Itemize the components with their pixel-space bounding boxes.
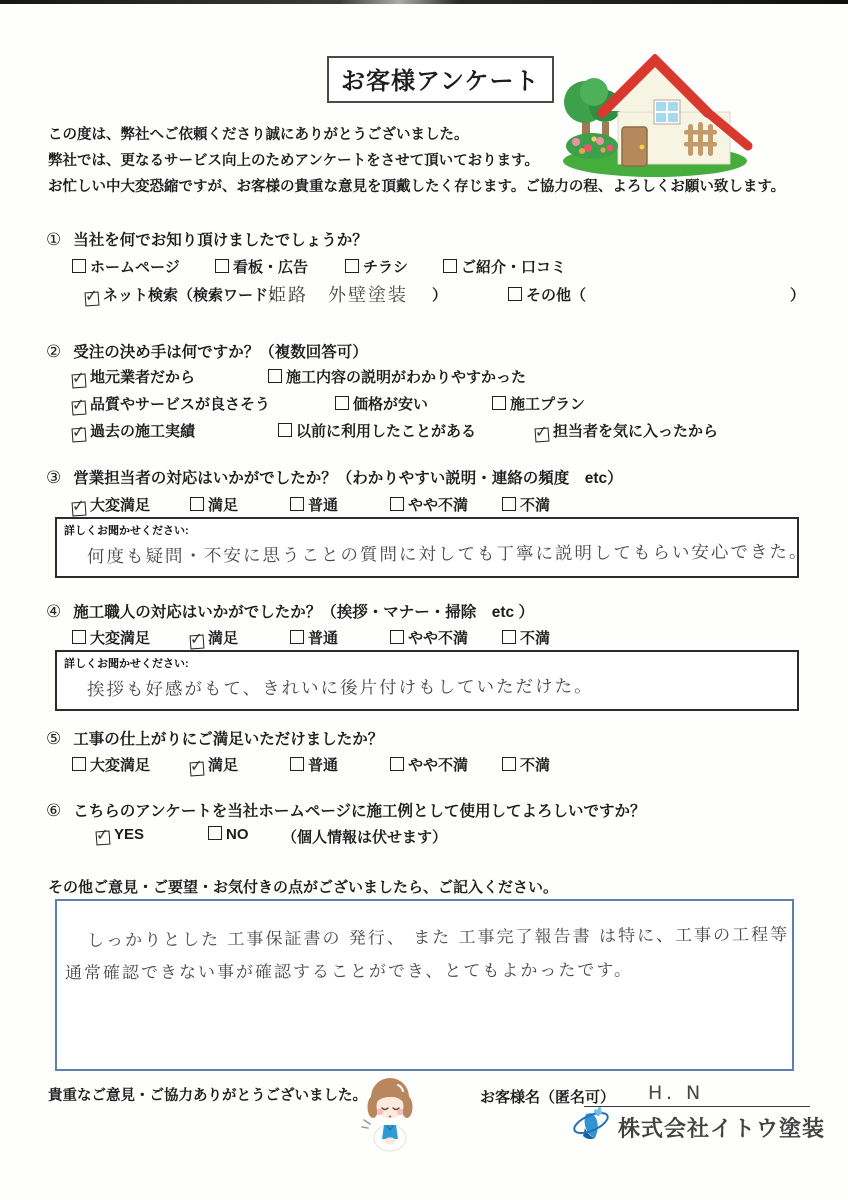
q2-number: ② [46,342,61,361]
q2-opt-quality[interactable]: ✓品質やサービスが良さそう [72,393,270,415]
q1-opt-net-search[interactable]: ✓ネット検索（検索ワード： [85,284,283,306]
page-title: お客様アンケート [327,56,554,103]
checkbox-q4-very-satisfied[interactable] [72,630,86,644]
checkbox-q4-somewhat-dissatisfied[interactable] [390,630,404,644]
checkbox-q4-neutral[interactable] [290,630,304,644]
q4-detail-handwriting: 挨拶も好感がもて、きれいに後片付けもしていただけた。 [57,668,797,710]
checkbox-q5-neutral[interactable] [290,757,304,771]
q1-opt-flyer[interactable]: チラシ [345,256,408,277]
q3-detail-prompt: 詳しくお聞かせください: [57,519,797,538]
scan-edge-artifact [0,0,848,4]
q1-opt-other[interactable]: その他（ [508,284,586,305]
q4-opt-satisfied-label: 満足 [208,630,238,647]
q5-opt-very-satisfied-label: 大変満足 [90,757,150,774]
q2-opt-price[interactable]: 価格が安い [335,393,428,414]
q5-opt-dissatisfied[interactable]: 不満 [502,754,550,775]
q3-opt-neutral-label: 普通 [308,497,338,514]
q3-opt-somewhat-dissatisfied[interactable]: やや不満 [390,494,468,515]
q6-title: こちらのアンケートを当社ホームページに施工例として使用してよろしいですか？ [73,803,645,820]
checkbox-past-results[interactable]: ✓ [72,428,87,443]
checkbox-flyer[interactable] [345,259,359,273]
q4-opt-very-satisfied-label: 大変満足 [90,630,150,647]
q2-opt-used-before[interactable]: 以前に利用したことがある [278,420,476,441]
customer-name-handwriting: H. N [648,1082,704,1104]
q4-opt-somewhat-dissatisfied[interactable]: やや不満 [390,627,468,648]
checkbox-q4-dissatisfied[interactable] [502,630,516,644]
checkbox-quality-service[interactable]: ✓ [72,401,87,416]
intro-line-3: お忙しい中大変恐縮ですが、お客様の貴重な意見を頂戴したく存じます。ご協力の程、よ… [48,174,785,200]
q4-opt-very-satisfied[interactable]: 大変満足 [72,627,150,648]
q2-opt-track-record[interactable]: ✓過去の施工実績 [72,420,195,442]
comments-handwriting-line1: しっかりとした 工事保証書の 発行、 また 工事完了報告書 は特に、工事の工程等 [87,920,789,951]
q5-opt-somewhat-dissatisfied-label: やや不満 [408,757,468,774]
q1-number: ① [46,230,61,249]
checkbox-homepage[interactable] [72,259,86,273]
checkbox-q3-satisfied[interactable] [190,497,204,511]
checkbox-q5-somewhat-dissatisfied[interactable] [390,757,404,771]
q1-opt-signboard-label: 看板・広告 [233,259,308,276]
q3-opt-neutral[interactable]: 普通 [290,494,338,515]
q1-opt-other-label: その他（ [526,287,586,304]
q2-opt-explanation[interactable]: 施工内容の説明がわかりやすかった [268,366,526,387]
checkbox-low-price[interactable] [335,396,349,410]
checkbox-yes[interactable]: ✓ [96,831,111,846]
q3-header: ③営業担当者の対応はいかがでしたか？（わかりやすい説明・連絡の頻度 etc） [46,466,623,488]
checkbox-signboard[interactable] [215,259,229,273]
q6-number: ⑥ [46,801,61,820]
q5-title: 工事の仕上がりにご満足いただけましたか？ [73,731,383,748]
q4-opt-dissatisfied-label: 不満 [520,630,550,647]
q6-opt-no-label: NO [226,826,249,843]
q3-detail-handwriting: 何度も疑問・不安に思うことの質問に対しても丁寧に説明してもらい安心できた。 [57,535,797,577]
intro-line-1: この度は、弊社へご依頼くださり誠にありがとうございました。 [48,122,785,148]
q2-opt-plan-label: 施工プラン [510,396,585,413]
q5-header: ⑤工事の仕上がりにご満足いただけましたか？ [46,727,383,749]
survey-page: お客様アンケート この度は、弊社へご依頼くださり誠にあ [0,0,848,1200]
q6-opt-yes-label: YES [114,826,144,843]
comments-box[interactable]: しっかりとした 工事保証書の 発行、 また 工事完了報告書 は特に、工事の工程等… [55,899,794,1071]
q3-opt-very-satisfied-label: 大変満足 [90,497,150,514]
q5-opt-dissatisfied-label: 不満 [520,757,550,774]
checkbox-referral[interactable] [443,259,457,273]
q2-header: ②受注の決め手は何ですか？（複数回答可） [46,340,368,362]
q4-detail-box[interactable]: 詳しくお聞かせください: 挨拶も好感がもて、きれいに後片付けもしていただけた。 [55,650,799,711]
q1-opt-homepage-label: ホームページ [90,259,180,276]
q6-privacy-note: （個人情報は伏せます） [282,826,447,847]
q2-opt-liked-rep[interactable]: ✓担当者を気に入ったから [535,420,718,442]
q4-title: 施工職人の対応はいかがでしたか？（挨拶・マナー・掃除 etc ） [73,604,534,621]
checkbox-net-search[interactable]: ✓ [85,292,100,307]
q1-opt-net-search-label: ネット検索（検索ワード： [103,287,283,304]
q5-opt-satisfied[interactable]: ✓満足 [190,754,238,776]
q1-header: ①当社を何でお知り頂けましたでしょうか？ [46,228,368,250]
q2-opt-local-label: 地元業者だから [90,369,195,386]
checkbox-q4-satisfied[interactable]: ✓ [190,635,205,650]
q4-opt-neutral[interactable]: 普通 [290,627,338,648]
q4-opt-somewhat-dissatisfied-label: やや不満 [408,630,468,647]
q5-number: ⑤ [46,729,61,748]
checkbox-q3-somewhat-dissatisfied[interactable] [390,497,404,511]
q1-opt-signboard[interactable]: 看板・広告 [215,256,308,277]
q2-opt-price-label: 価格が安い [353,396,428,413]
q6-opt-yes[interactable]: ✓YES [96,826,144,845]
q4-opt-satisfied[interactable]: ✓満足 [190,627,238,649]
q1-opt-referral-label: ご紹介・口コミ [461,259,566,276]
checkbox-clear-explanation[interactable] [268,369,282,383]
q3-opt-dissatisfied[interactable]: 不満 [502,494,550,515]
q1-search-words-handwriting[interactable]: 姫路 外壁塗装 [268,281,408,307]
q4-opt-neutral-label: 普通 [308,630,338,647]
q6-opt-no[interactable]: NO [208,826,249,843]
checkbox-q5-satisfied[interactable]: ✓ [190,762,205,777]
company-logo: 株式会社イトウ塗装 [570,1106,825,1148]
checkbox-q3-dissatisfied[interactable] [502,497,516,511]
q2-opt-local[interactable]: ✓地元業者だから [72,366,195,388]
q4-header: ④施工職人の対応はいかがでしたか？（挨拶・マナー・掃除 etc ） [46,600,534,622]
company-name: 株式会社イトウ塗装 [618,1112,825,1143]
customer-name-label: お客様名（匿名可） [480,1086,615,1107]
thanks-text: 貴重なご意見・ご協力ありがとうございました。 [48,1084,367,1105]
checkbox-used-before[interactable] [278,423,292,437]
checkbox-q5-very-satisfied[interactable] [72,757,86,771]
q5-opt-very-satisfied[interactable]: 大変満足 [72,754,150,775]
company-logo-icon [570,1106,612,1148]
q5-opt-neutral-label: 普通 [308,757,338,774]
q5-opt-neutral[interactable]: 普通 [290,754,338,775]
q6-header: ⑥こちらのアンケートを当社ホームページに施工例として使用してよろしいですか？ [46,799,646,821]
comments-handwriting-line2: 通常確認できない事が確認することができ、とてもよかったです。 [65,956,633,984]
checkbox-q5-dissatisfied[interactable] [502,757,516,771]
q2-opt-explanation-label: 施工内容の説明がわかりやすかった [286,369,526,386]
checkbox-local-business[interactable]: ✓ [72,374,87,389]
checkbox-q3-neutral[interactable] [290,497,304,511]
q2-opt-plan[interactable]: 施工プラン [492,393,585,414]
q1-opt-homepage[interactable]: ホームページ [72,256,180,277]
checkbox-q3-very-satisfied[interactable]: ✓ [72,502,87,517]
q5-opt-somewhat-dissatisfied[interactable]: やや不満 [390,754,468,775]
q1-other-close-paren: ） [790,284,805,305]
q3-opt-very-satisfied[interactable]: ✓大変満足 [72,494,150,516]
bowing-woman-illustration [354,1076,426,1156]
intro-text: この度は、弊社へご依頼くださり誠にありがとうございました。 弊社では、更なるサー… [48,122,785,200]
q4-number: ④ [46,602,61,621]
q1-title: 当社を何でお知り頂けましたでしょうか？ [73,232,368,249]
q1-opt-flyer-label: チラシ [363,259,408,276]
q2-opt-track-record-label: 過去の施工実績 [90,423,195,440]
q3-opt-dissatisfied-label: 不満 [520,497,550,514]
q3-detail-box[interactable]: 詳しくお聞かせください: 何度も疑問・不安に思うことの質問に対しても丁寧に説明し… [55,517,799,578]
q1-opt-referral[interactable]: ご紹介・口コミ [443,256,566,277]
checkbox-liked-representative[interactable]: ✓ [535,428,550,443]
comments-prompt: その他ご意見・ご要望・お気付きの点がございましたら、ご記入ください。 [48,876,558,897]
q2-opt-liked-rep-label: 担当者を気に入ったから [553,423,718,440]
checkbox-no[interactable] [208,826,222,840]
q3-opt-satisfied[interactable]: 満足 [190,494,238,515]
q3-title: 営業担当者の対応はいかがでしたか？（わかりやすい説明・連絡の頻度 etc） [73,470,622,487]
q2-opt-quality-label: 品質やサービスが良さそう [90,396,270,413]
q3-number: ③ [46,468,61,487]
intro-line-2: 弊社では、更なるサービス向上のためアンケートをさせて頂いております。 [48,148,785,174]
q4-detail-prompt: 詳しくお聞かせください: [57,652,797,671]
q4-opt-dissatisfied[interactable]: 不満 [502,627,550,648]
q3-opt-somewhat-dissatisfied-label: やや不満 [408,497,468,514]
q2-opt-used-before-label: 以前に利用したことがある [296,423,476,440]
checkbox-other[interactable] [508,287,522,301]
q3-opt-satisfied-label: 満足 [208,497,238,514]
checkbox-construction-plan[interactable] [492,396,506,410]
q5-opt-satisfied-label: 満足 [208,757,238,774]
q2-title: 受注の決め手は何ですか？（複数回答可） [73,344,368,361]
q1-search-close-paren: ） [432,284,447,305]
